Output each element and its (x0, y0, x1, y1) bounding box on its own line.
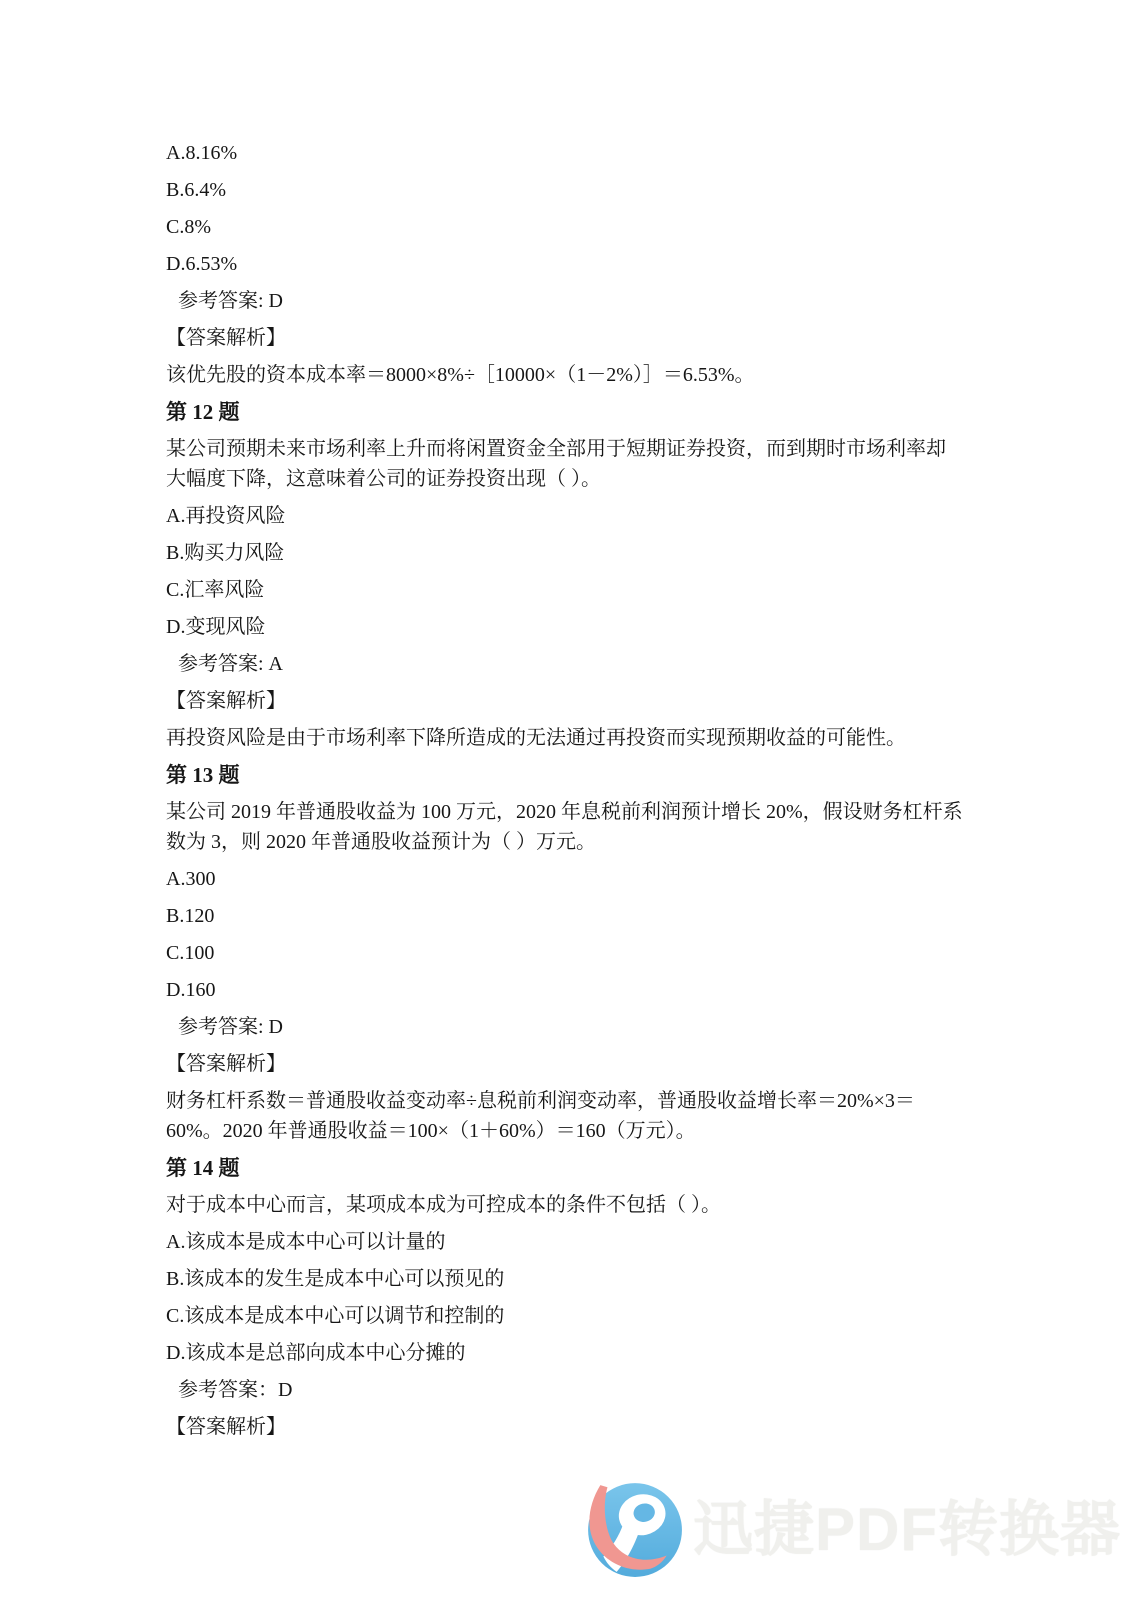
q13-option-c: C.100 (166, 938, 1000, 968)
q13-option-b: B.120 (166, 901, 1000, 931)
q13-analysis-text: 财务杠杆系数＝普通股收益变动率÷息税前利润变动率，普通股收益增长率＝20%×3＝… (166, 1086, 1000, 1146)
q12-option-c: C.汇率风险 (166, 575, 1000, 605)
watermark-text: 迅捷PDF转换器 (693, 1500, 1121, 1560)
q14-title: 第 14 题 (166, 1153, 1000, 1183)
q13-analysis-label: 【答案解析】 (166, 1049, 1000, 1079)
q12-analysis-label: 【答案解析】 (166, 686, 1000, 716)
q13-option-a: A.300 (166, 864, 1000, 894)
q14-option-a: A.该成本是成本中心可以计量的 (166, 1227, 1000, 1257)
q14-option-b: B.该成本的发生是成本中心可以预见的 (166, 1264, 1000, 1294)
q12-option-a: A.再投资风险 (166, 501, 1000, 531)
q13-question-text: 某公司 2019 年普通股收益为 100 万元，2020 年息税前利润预计增长 … (166, 797, 1000, 857)
q11-option-c: C.8% (166, 212, 1000, 242)
q11-reference-answer: 参考答案: D (166, 286, 1000, 316)
q12-option-d: D.变现风险 (166, 612, 1000, 642)
q13-reference-answer: 参考答案: D (166, 1012, 1000, 1042)
q14-option-d: D.该成本是总部向成本中心分摊的 (166, 1338, 1000, 1368)
q12-question-text: 某公司预期未来市场利率上升而将闲置资金全部用于短期证券投资，而到期时市场利率却 … (166, 434, 1000, 494)
q12-title: 第 12 题 (166, 397, 1000, 427)
q12-analysis-text: 再投资风险是由于市场利率下降所造成的无法通过再投资而实现预期收益的可能性。 (166, 723, 1000, 753)
watermark: 迅捷PDF转换器 (583, 1478, 1121, 1582)
q13-title: 第 13 题 (166, 760, 1000, 790)
q14-question-text: 对于成本中心而言，某项成本成为可控成本的条件不包括（ ）。 (166, 1190, 1000, 1220)
q13-option-d: D.160 (166, 975, 1000, 1005)
q11-analysis-text: 该优先股的资本成本率＝8000×8%÷［10000×（1－2%）］＝6.53%。 (166, 360, 1000, 390)
question-list: A.8.16% B.6.4% C.8% D.6.53% 参考答案: D 【答案解… (166, 138, 1000, 1449)
q11-analysis-label: 【答案解析】 (166, 323, 1000, 353)
xunjie-pdf-logo-icon (583, 1477, 685, 1584)
q12-option-b: B.购买力风险 (166, 538, 1000, 568)
q14-option-c: C.该成本是成本中心可以调节和控制的 (166, 1301, 1000, 1331)
q11-option-b: B.6.4% (166, 175, 1000, 205)
q14-analysis-label: 【答案解析】 (166, 1412, 1000, 1442)
q11-option-a: A.8.16% (166, 138, 1000, 168)
q11-option-d: D.6.53% (166, 249, 1000, 279)
q14-reference-answer: 参考答案：D (166, 1375, 1000, 1405)
q12-reference-answer: 参考答案: A (166, 649, 1000, 679)
